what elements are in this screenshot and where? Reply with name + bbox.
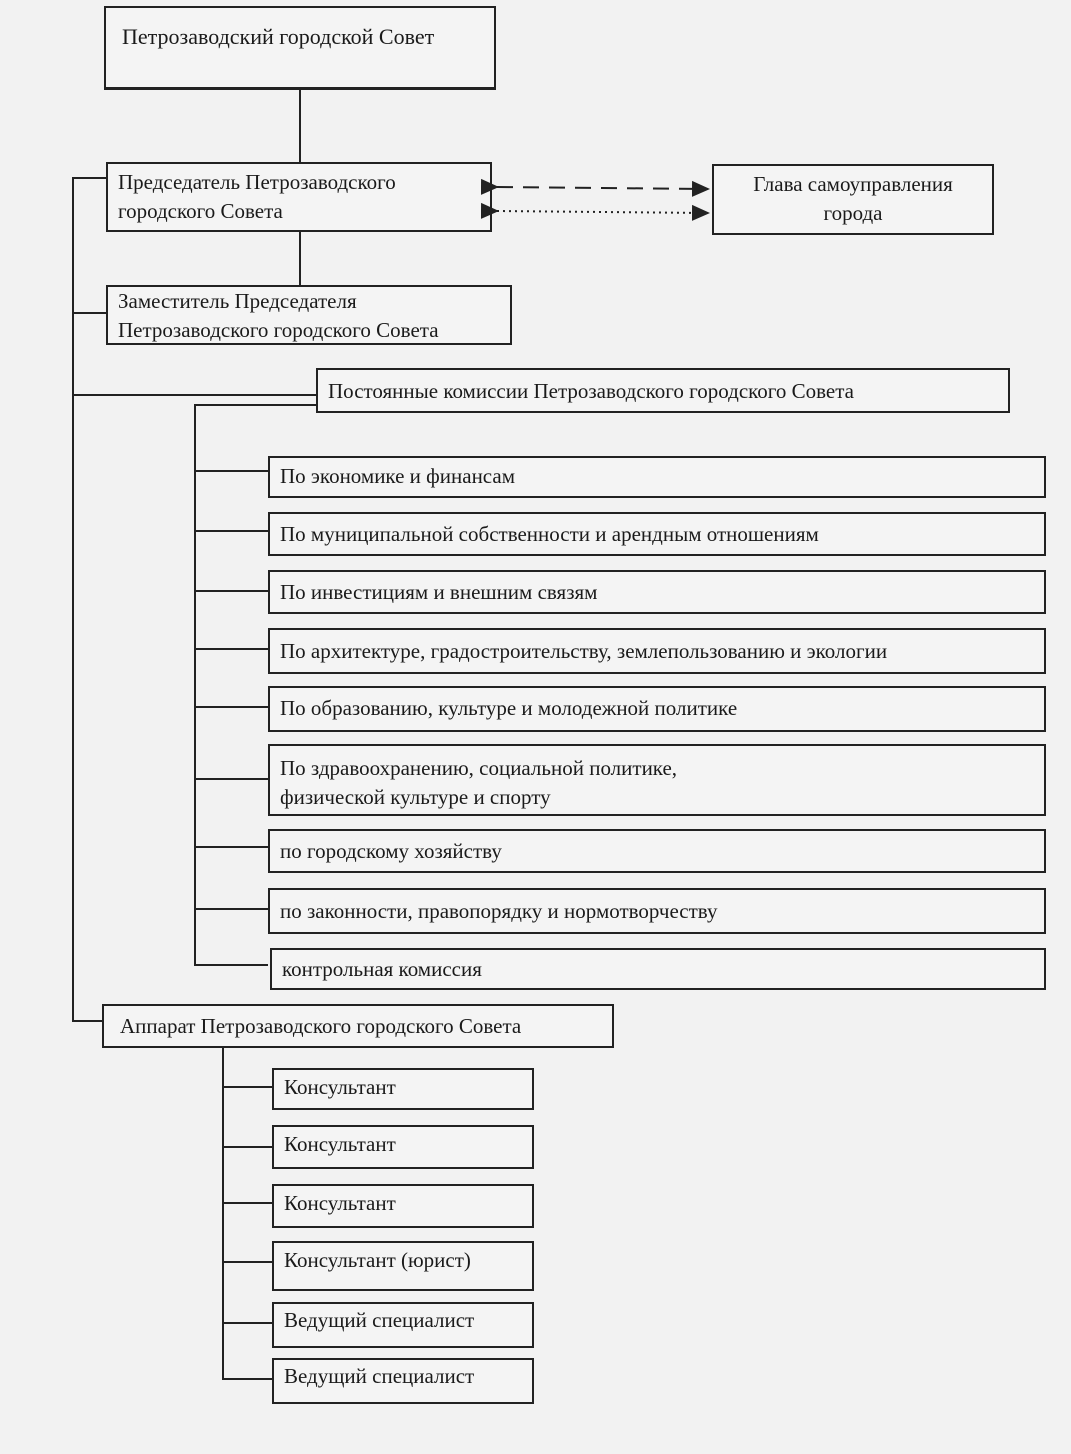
connector-staff [222, 1261, 272, 1263]
commission-municipal-property: По муниципальной собственности и арендны… [268, 512, 1046, 556]
relation-arrows [0, 0, 1071, 260]
connector-chairman-deputy [299, 232, 301, 286]
commission-economy-finance: По экономике и финансам [268, 456, 1046, 498]
commissions-spine [194, 404, 196, 964]
staff-consultant: Консультант [272, 1125, 534, 1169]
connector-apparatus [72, 1020, 104, 1022]
connector-commission [194, 530, 268, 532]
staff-lead-specialist: Ведущий специалист [272, 1302, 534, 1348]
connector-deputy [72, 312, 106, 314]
commission-control: контрольная комиссия [270, 948, 1046, 990]
apparatus-spine [222, 1048, 224, 1380]
node-deputy-chairman: Заместитель Председателя Петрозаводского… [106, 285, 512, 345]
commission-education-culture: По образованию, культуре и молодежной по… [268, 686, 1046, 732]
connector-commissions-branch [194, 404, 316, 406]
connector-commission [194, 778, 268, 780]
commission-city-economy: по городскому хозяйству [268, 829, 1046, 873]
dotted-relation-arrow [497, 211, 708, 213]
connector-commission [194, 590, 268, 592]
connector-staff [222, 1322, 272, 1324]
commission-legality: по законности, правопорядку и нормотворч… [268, 888, 1046, 934]
connector-commission [194, 964, 268, 966]
commission-investments: По инвестициям и внешним связям [268, 570, 1046, 614]
connector-commission [194, 648, 268, 650]
connector-commission [194, 706, 268, 708]
connector-chairman [72, 177, 106, 179]
dashed-relation-arrow [497, 187, 708, 189]
node-council-apparatus: Аппарат Петрозаводского городского Совет… [102, 1004, 614, 1048]
node-standing-commissions: Постоянные комиссии Петрозаводского горо… [316, 368, 1010, 413]
connector-commission [194, 846, 268, 848]
staff-lead-specialist: Ведущий специалист [272, 1358, 534, 1404]
connector-commission [194, 470, 268, 472]
connector-commissions [72, 394, 318, 396]
connector-staff [222, 1086, 272, 1088]
connector-staff [222, 1202, 272, 1204]
connector-staff [222, 1146, 272, 1148]
commission-architecture: По архитектуре, градостроительству, земл… [268, 628, 1046, 674]
staff-consultant: Консультант [272, 1184, 534, 1228]
staff-consultant-lawyer: Консультант (юрист) [272, 1241, 534, 1291]
commission-healthcare-social: По здравоохранению, социальной политике,… [268, 744, 1046, 816]
connector-staff [222, 1378, 272, 1380]
staff-consultant: Консультант [272, 1068, 534, 1110]
connector-commission [194, 908, 268, 910]
main-spine [72, 177, 74, 1020]
